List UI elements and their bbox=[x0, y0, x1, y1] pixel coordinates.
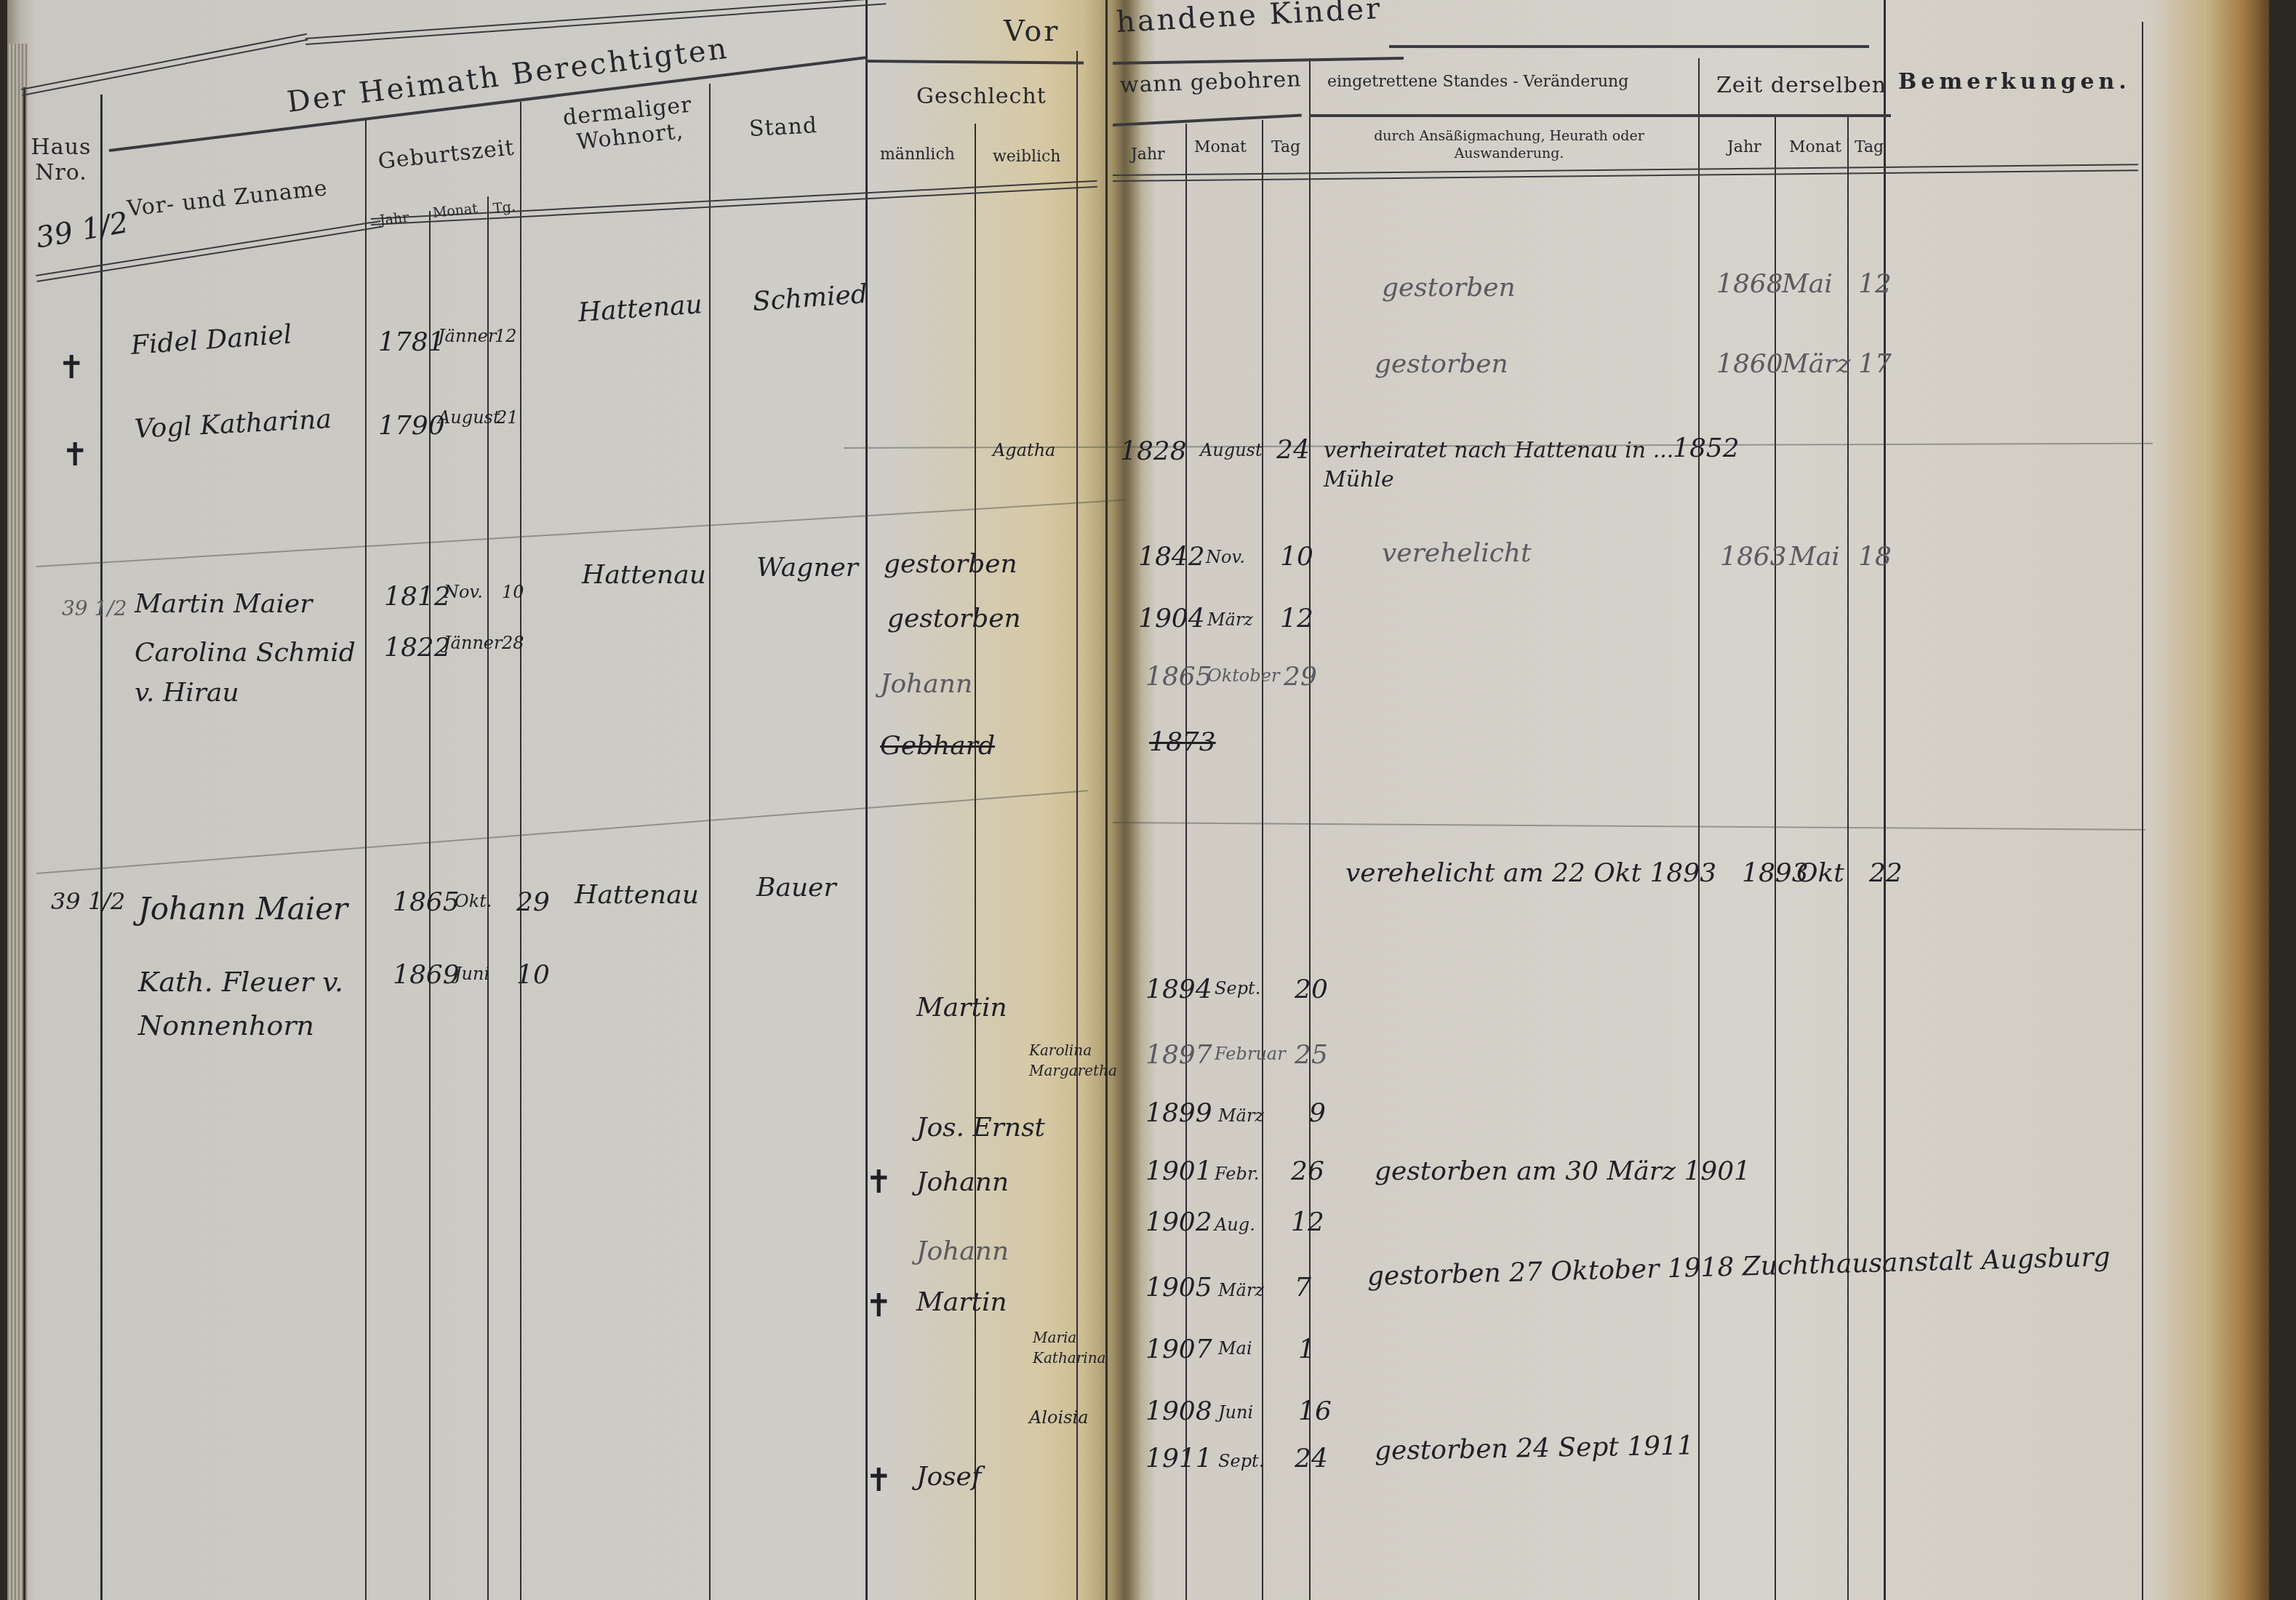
col-zeit-tag: Tag bbox=[1855, 138, 1884, 156]
child-remark: gestorben 24 Sept 1911 bbox=[1375, 1431, 1695, 1466]
entry-birth-year: 1812 bbox=[384, 582, 451, 612]
col-stand: Stand bbox=[748, 113, 818, 142]
rule-header-bottom-mid bbox=[371, 180, 1097, 225]
rule-born-day bbox=[1309, 58, 1311, 1600]
rule-day-col bbox=[520, 102, 521, 1600]
rule-geschlecht-top bbox=[865, 60, 1084, 65]
child-weiblich: Karolina Margaretha bbox=[1029, 1040, 1116, 1081]
child-born-day: 12 bbox=[1280, 604, 1313, 633]
entry-birth-day: 21 bbox=[496, 407, 519, 428]
entry-change-day: 22 bbox=[1869, 858, 1903, 888]
col-geschlecht: Geschlecht bbox=[916, 84, 1047, 109]
rule-stand-col bbox=[865, 0, 868, 1600]
rule-header-bottom-right bbox=[1113, 164, 2138, 182]
entry-change-month: Okt bbox=[1796, 858, 1844, 888]
child-born-day: 25 bbox=[1295, 1040, 1328, 1070]
entry-wohnort: Hattenau bbox=[575, 880, 699, 910]
child-weiblich: Maria Katharina bbox=[1033, 1327, 1105, 1368]
child-weiblich: Agatha bbox=[993, 440, 1055, 460]
col-standes-veraenderung-sub: durch Ansäßigmachung, Heurath oder Auswa… bbox=[1338, 127, 1680, 162]
entry-change-year: 1868 bbox=[1716, 269, 1783, 299]
entry-birth-year: 1781 bbox=[378, 327, 445, 357]
col-born-monat: Monat bbox=[1194, 138, 1247, 156]
rule-kinder-under-2 bbox=[1389, 45, 1869, 48]
entry-stand: Bauer bbox=[756, 873, 836, 903]
col-standes-veraenderung: eingetrettene Standes - Veränderung bbox=[1327, 73, 1628, 91]
deceased-cross-icon: ✝ bbox=[865, 1462, 892, 1499]
haus-nro-header-value: 39 1/2 bbox=[33, 206, 131, 255]
entry-change-month: Mai bbox=[1789, 542, 1840, 572]
entry-birth-day: 28 bbox=[502, 633, 524, 653]
entry-name: Vogl Katharina bbox=[134, 404, 332, 444]
entry-wohnort: Hattenau bbox=[577, 289, 703, 328]
child-born-year: 1905 bbox=[1145, 1273, 1212, 1303]
child-change: verheiratet nach Hattenau in ... Mühle bbox=[1324, 436, 1702, 495]
rule-right-border bbox=[1105, 0, 1108, 1600]
child-born-month: Sept. bbox=[1218, 1451, 1264, 1471]
entry-birth-year: 1822 bbox=[384, 633, 451, 663]
child-maennlich: Johann bbox=[916, 1167, 1009, 1197]
child-born-month: Nov. bbox=[1206, 547, 1245, 567]
col-name: Vor- und Zuname bbox=[126, 175, 329, 222]
pencil-row-sep bbox=[1113, 822, 2145, 831]
entry-change: gestorben bbox=[1382, 273, 1516, 303]
col-bemerkungen: Bemerkungen. bbox=[1898, 69, 2131, 95]
child-born-year-struck: 1873 bbox=[1149, 727, 1216, 757]
child-maennlich: Johann bbox=[916, 1236, 1009, 1266]
child-born-year: 1899 bbox=[1145, 1098, 1212, 1128]
child-born-day: 1 bbox=[1298, 1335, 1315, 1364]
child-maennlich: gestorben bbox=[884, 549, 1017, 579]
child-born-year: 1897 bbox=[1145, 1040, 1212, 1070]
child-born-day: 24 bbox=[1295, 1444, 1328, 1473]
rule-kinder-under bbox=[1113, 57, 1404, 65]
deceased-cross-icon: ✝ bbox=[62, 436, 89, 473]
child-maennlich: Josef bbox=[916, 1462, 981, 1492]
col-geburtszeit: Geburtszeit bbox=[377, 135, 516, 174]
child-born-month: März bbox=[1218, 1280, 1264, 1300]
entry-change: gestorben bbox=[1375, 349, 1508, 379]
entry-change-month: Mai bbox=[1782, 269, 1833, 299]
entry-stand: Wagner bbox=[756, 553, 858, 583]
rule-change-under bbox=[1309, 114, 1891, 117]
entry-change: verehelicht bbox=[1382, 538, 1532, 568]
entry-birth-day: 29 bbox=[516, 887, 550, 917]
child-born-month: Februar bbox=[1215, 1044, 1286, 1064]
entry-birth-year: 1869 bbox=[393, 960, 460, 990]
entry-name: Carolina Schmid v. Hirau bbox=[135, 633, 375, 713]
rule-change-col bbox=[1698, 58, 1700, 1600]
entry-change: verehelicht am 22 Okt 1893 bbox=[1345, 858, 1716, 888]
entry-change-day: 12 bbox=[1858, 269, 1892, 299]
child-born-month: August bbox=[1200, 440, 1263, 460]
child-change-year: 1852 bbox=[1673, 433, 1740, 463]
entry-name: Martin Maier bbox=[135, 589, 313, 619]
rule-top-mid bbox=[305, 0, 887, 45]
child-born-day: 12 bbox=[1291, 1207, 1324, 1237]
entry-name: Fidel Daniel bbox=[130, 320, 293, 361]
child-maennlich-struck: Gebhard bbox=[880, 731, 995, 761]
child-maennlich: Martin bbox=[916, 1287, 1007, 1317]
pencil-row-sep bbox=[36, 790, 1088, 874]
col-zeit-monat: Monat bbox=[1789, 138, 1841, 156]
rule-sex-col bbox=[975, 124, 976, 1600]
entry-birth-month: Jänner bbox=[438, 326, 497, 346]
child-born-year: 1911 bbox=[1145, 1444, 1212, 1473]
entry-change-year: 1860 bbox=[1716, 349, 1783, 379]
rule-bemerk-end bbox=[2142, 22, 2143, 1600]
child-born-day: 26 bbox=[1291, 1156, 1324, 1186]
child-born-year: 1902 bbox=[1145, 1207, 1212, 1237]
child-born-year: 1908 bbox=[1145, 1396, 1212, 1426]
rule-top-left bbox=[21, 33, 308, 96]
child-maennlich: Martin bbox=[916, 993, 1007, 1023]
entry-birth-day: 12 bbox=[495, 326, 517, 346]
col-maennlich: männlich bbox=[880, 145, 955, 164]
deceased-cross-icon: ✝ bbox=[865, 1287, 892, 1324]
child-born-month: März bbox=[1218, 1105, 1264, 1126]
entry-wohnort: Hattenau bbox=[582, 560, 706, 590]
entry-name: Johann Maier bbox=[138, 891, 348, 927]
entry-birth-year: 1865 bbox=[393, 887, 460, 917]
entry-birth-year: 1790 bbox=[378, 411, 445, 441]
child-remark: gestorben 27 Oktober 1918 Zuchthausansta… bbox=[1367, 1242, 2111, 1292]
rule-born-year bbox=[1185, 124, 1187, 1600]
child-born-year: 1828 bbox=[1120, 436, 1187, 466]
child-maennlich: Jos. Ernst bbox=[916, 1113, 1045, 1143]
col-wohnort: dermaliger Wohnort, bbox=[561, 92, 696, 156]
child-maennlich: Johann bbox=[880, 669, 972, 699]
rule-born-month bbox=[1262, 120, 1263, 1600]
col-haus-nro: Haus Nro. bbox=[25, 135, 97, 185]
child-born-year: 1907 bbox=[1145, 1335, 1212, 1364]
child-born-year: 1894 bbox=[1145, 975, 1212, 1004]
child-born-month: Mai bbox=[1218, 1338, 1252, 1359]
title-handene-kinder: handene Kinder bbox=[1116, 0, 1383, 39]
entry-birth-month: Juni bbox=[455, 964, 489, 984]
open-register-book: Der Heimath Berechtigten Vor Haus Nro. V… bbox=[7, 0, 2269, 1600]
rule-zeit-day bbox=[1884, 0, 1886, 1600]
child-born-month: Sept. bbox=[1215, 978, 1260, 999]
rule-wohnort-col bbox=[709, 84, 711, 1600]
deceased-cross-icon: ✝ bbox=[58, 349, 85, 386]
child-born-year: 1901 bbox=[1145, 1156, 1212, 1186]
col-weiblich: weiblich bbox=[993, 148, 1061, 166]
entry-change-year: 1863 bbox=[1720, 542, 1787, 572]
rule-haus-col bbox=[100, 95, 103, 1600]
entry-birth-day: 10 bbox=[516, 960, 550, 990]
rule-name-col bbox=[365, 120, 367, 1600]
child-born-day: 9 bbox=[1309, 1098, 1326, 1128]
col-born-jahr: Jahr bbox=[1131, 145, 1165, 164]
entry-birth-month: August bbox=[438, 407, 500, 428]
child-born-day: 29 bbox=[1284, 662, 1317, 692]
child-born-day: 10 bbox=[1280, 542, 1313, 572]
col-zeit-derselben: Zeit derselben bbox=[1716, 73, 1887, 98]
child-maennlich: gestorben bbox=[887, 604, 1021, 633]
entry-birth-day: 10 bbox=[502, 582, 524, 602]
entry-birth-month: Nov. bbox=[444, 582, 483, 602]
right-page-edges bbox=[2204, 0, 2269, 1600]
child-born-month: Febr. bbox=[1215, 1164, 1259, 1184]
entry-name: Kath. Fleuer v. Nonnenhorn bbox=[138, 960, 371, 1047]
child-born-day: 24 bbox=[1276, 435, 1310, 465]
child-born-year: 1865 bbox=[1145, 662, 1212, 692]
child-remark: gestorben am 30 März 1901 bbox=[1375, 1156, 1751, 1186]
rule-left-border bbox=[23, 87, 25, 1600]
rule-zeit-month bbox=[1847, 116, 1849, 1600]
child-born-year: 1842 bbox=[1138, 542, 1205, 572]
child-born-month: Aug. bbox=[1215, 1215, 1255, 1235]
entry-birth-month: Jänner bbox=[444, 633, 503, 653]
entry-change-day: 18 bbox=[1858, 542, 1892, 572]
title-vor: Vor bbox=[1004, 15, 1060, 48]
child-born-day: 7 bbox=[1295, 1273, 1311, 1303]
child-born-year: 1904 bbox=[1138, 604, 1205, 633]
entry-change-day: 17 bbox=[1858, 349, 1892, 379]
col-wann-gebohren: wann gebohren bbox=[1119, 66, 1302, 98]
child-born-month: Oktober bbox=[1207, 665, 1279, 686]
child-born-day: 16 bbox=[1298, 1396, 1332, 1426]
child-born-month: März bbox=[1207, 609, 1253, 630]
col-zeit-jahr: Jahr bbox=[1727, 138, 1761, 156]
entry-stand: Schmied bbox=[752, 279, 868, 317]
entry-haus: 39 1/2 bbox=[62, 596, 127, 620]
deceased-cross-icon: ✝ bbox=[865, 1164, 892, 1201]
entry-change-month: März bbox=[1782, 349, 1851, 379]
col-geburtszeit-tag: Tg. bbox=[492, 199, 516, 217]
col-born-tag: Tag bbox=[1271, 138, 1300, 156]
entry-birth-month: Okt. bbox=[455, 891, 492, 911]
entry-haus: 39 1/2 bbox=[51, 887, 125, 915]
child-born-day: 20 bbox=[1295, 975, 1328, 1004]
child-weiblich: Aloisia bbox=[1029, 1407, 1088, 1428]
col-geburtszeit-jahr: Jahr bbox=[379, 209, 409, 228]
child-born-month: Juni bbox=[1218, 1402, 1253, 1423]
